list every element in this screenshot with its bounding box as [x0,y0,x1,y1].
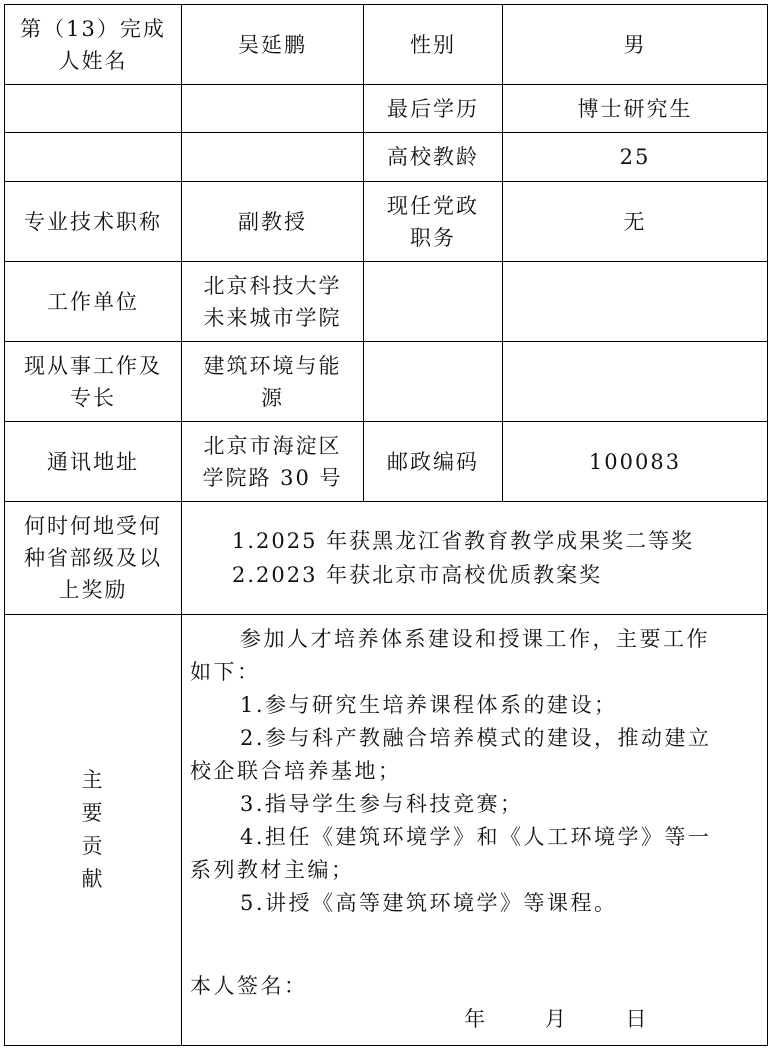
contrib-intro-line1: 参加人才培养体系建设和授课工作，主要工作 [190,623,761,656]
awards-label-line1: 何时何地受何 [5,510,181,542]
contrib-item: 4.担任《建筑环境学》和《人工环境学》等一 [190,821,761,854]
awards-list: 1.2025 年获黑龙江省教育教学成果奖二等奖 2.2023 年获北京市高校优质… [182,502,768,615]
contrib-item: 3.指导学生参与科技竞赛； [190,788,761,821]
party-post-value: 无 [503,182,768,262]
work-unit-line1: 北京科技大学 [182,270,363,302]
awards-label-cell: 何时何地受何 种省部级及以 上奖励 [5,502,182,615]
row-teaching-years: 高校教龄 25 [5,133,768,182]
awards-label-line3: 上奖励 [5,574,181,606]
specialty-line1: 建筑环境与能 [182,350,363,382]
party-post-label-cell: 现任党政 职务 [364,182,503,262]
contrib-item-cont: 校企联合培养基地； [190,755,761,788]
title-value: 副教授 [182,182,364,262]
signature-label: 本人签名： [190,970,761,1003]
education-label: 最后学历 [364,85,503,133]
signature-date: 年 月 日 [190,1003,761,1036]
row-awards: 何时何地受何 种省部级及以 上奖励 1.2025 年获黑龙江省教育教学成果奖二等… [5,502,768,615]
spacer [190,920,761,970]
contrib-item: 2.参与科产教融合培养模式的建设，推动建立 [190,722,761,755]
contributions-label-char: 要 [5,797,181,830]
empty-cell [364,342,503,422]
name-label-cell: 第（13）完成 人姓名 [5,5,182,85]
address-line1: 北京市海淀区 [182,430,363,462]
address-line2: 学院路 30 号 [182,462,363,494]
date-day: 日 [626,1007,650,1031]
postcode-label: 邮政编码 [364,422,503,502]
awards-label-line2: 种省部级及以 [5,542,181,574]
empty-cell [503,342,768,422]
empty-cell [182,133,364,182]
contrib-item-cont: 系列教材主编； [190,854,761,887]
date-year: 年 [464,1007,488,1031]
contributions-content: 参加人才培养体系建设和授课工作，主要工作 如下： 1.参与研究生培养课程体系的建… [182,615,768,1046]
contributions-label: 主 要 贡 献 [5,615,182,1046]
empty-cell [182,85,364,133]
empty-cell [364,262,503,342]
row-work-unit: 工作单位 北京科技大学 未来城市学院 [5,262,768,342]
specialty-value-cell: 建筑环境与能 源 [182,342,364,422]
award-item: 2.2023 年获北京市高校优质教案奖 [232,558,767,592]
gender-value: 男 [503,5,768,85]
completer-info-form: 第（13）完成 人姓名 吴延鹏 性别 男 最后学历 博士研究生 高校教龄 25 … [4,4,768,1046]
party-post-label-line2: 职务 [364,222,502,254]
contrib-intro-line2: 如下： [190,656,761,689]
teaching-years-label: 高校教龄 [364,133,503,182]
contributions-label-char: 献 [5,863,181,896]
row-title: 专业技术职称 副教授 现任党政 职务 无 [5,182,768,262]
date-month: 月 [545,1007,569,1031]
name-label-line2: 人姓名 [5,45,181,77]
contributions-label-char: 贡 [5,830,181,863]
name-value: 吴延鹏 [182,5,364,85]
contributions-label-char: 主 [5,764,181,797]
work-unit-value-cell: 北京科技大学 未来城市学院 [182,262,364,342]
specialty-label-cell: 现从事工作及 专长 [5,342,182,422]
work-unit-line2: 未来城市学院 [182,302,363,334]
address-value-cell: 北京市海淀区 学院路 30 号 [182,422,364,502]
row-name: 第（13）完成 人姓名 吴延鹏 性别 男 [5,5,768,85]
education-value: 博士研究生 [503,85,768,133]
empty-cell [5,133,182,182]
title-label: 专业技术职称 [5,182,182,262]
empty-cell [5,85,182,133]
row-specialty: 现从事工作及 专长 建筑环境与能 源 [5,342,768,422]
row-address: 通讯地址 北京市海淀区 学院路 30 号 邮政编码 100083 [5,422,768,502]
specialty-label-line1: 现从事工作及 [5,350,181,382]
teaching-years-value: 25 [503,133,768,182]
address-label: 通讯地址 [5,422,182,502]
empty-cell [503,262,768,342]
row-contributions: 主 要 贡 献 参加人才培养体系建设和授课工作，主要工作 如下： 1.参与研究生… [5,615,768,1046]
row-education: 最后学历 博士研究生 [5,85,768,133]
work-unit-label: 工作单位 [5,262,182,342]
name-label-line1: 第（13）完成 [5,13,181,45]
postcode-value: 100083 [503,422,768,502]
gender-label: 性别 [364,5,503,85]
contrib-item: 5.讲授《高等建筑环境学》等课程。 [190,887,761,920]
award-item: 1.2025 年获黑龙江省教育教学成果奖二等奖 [232,524,767,558]
contrib-item: 1.参与研究生培养课程体系的建设； [190,689,761,722]
party-post-label-line1: 现任党政 [364,190,502,222]
specialty-label-line2: 专长 [5,382,181,414]
specialty-line2: 源 [182,382,363,414]
